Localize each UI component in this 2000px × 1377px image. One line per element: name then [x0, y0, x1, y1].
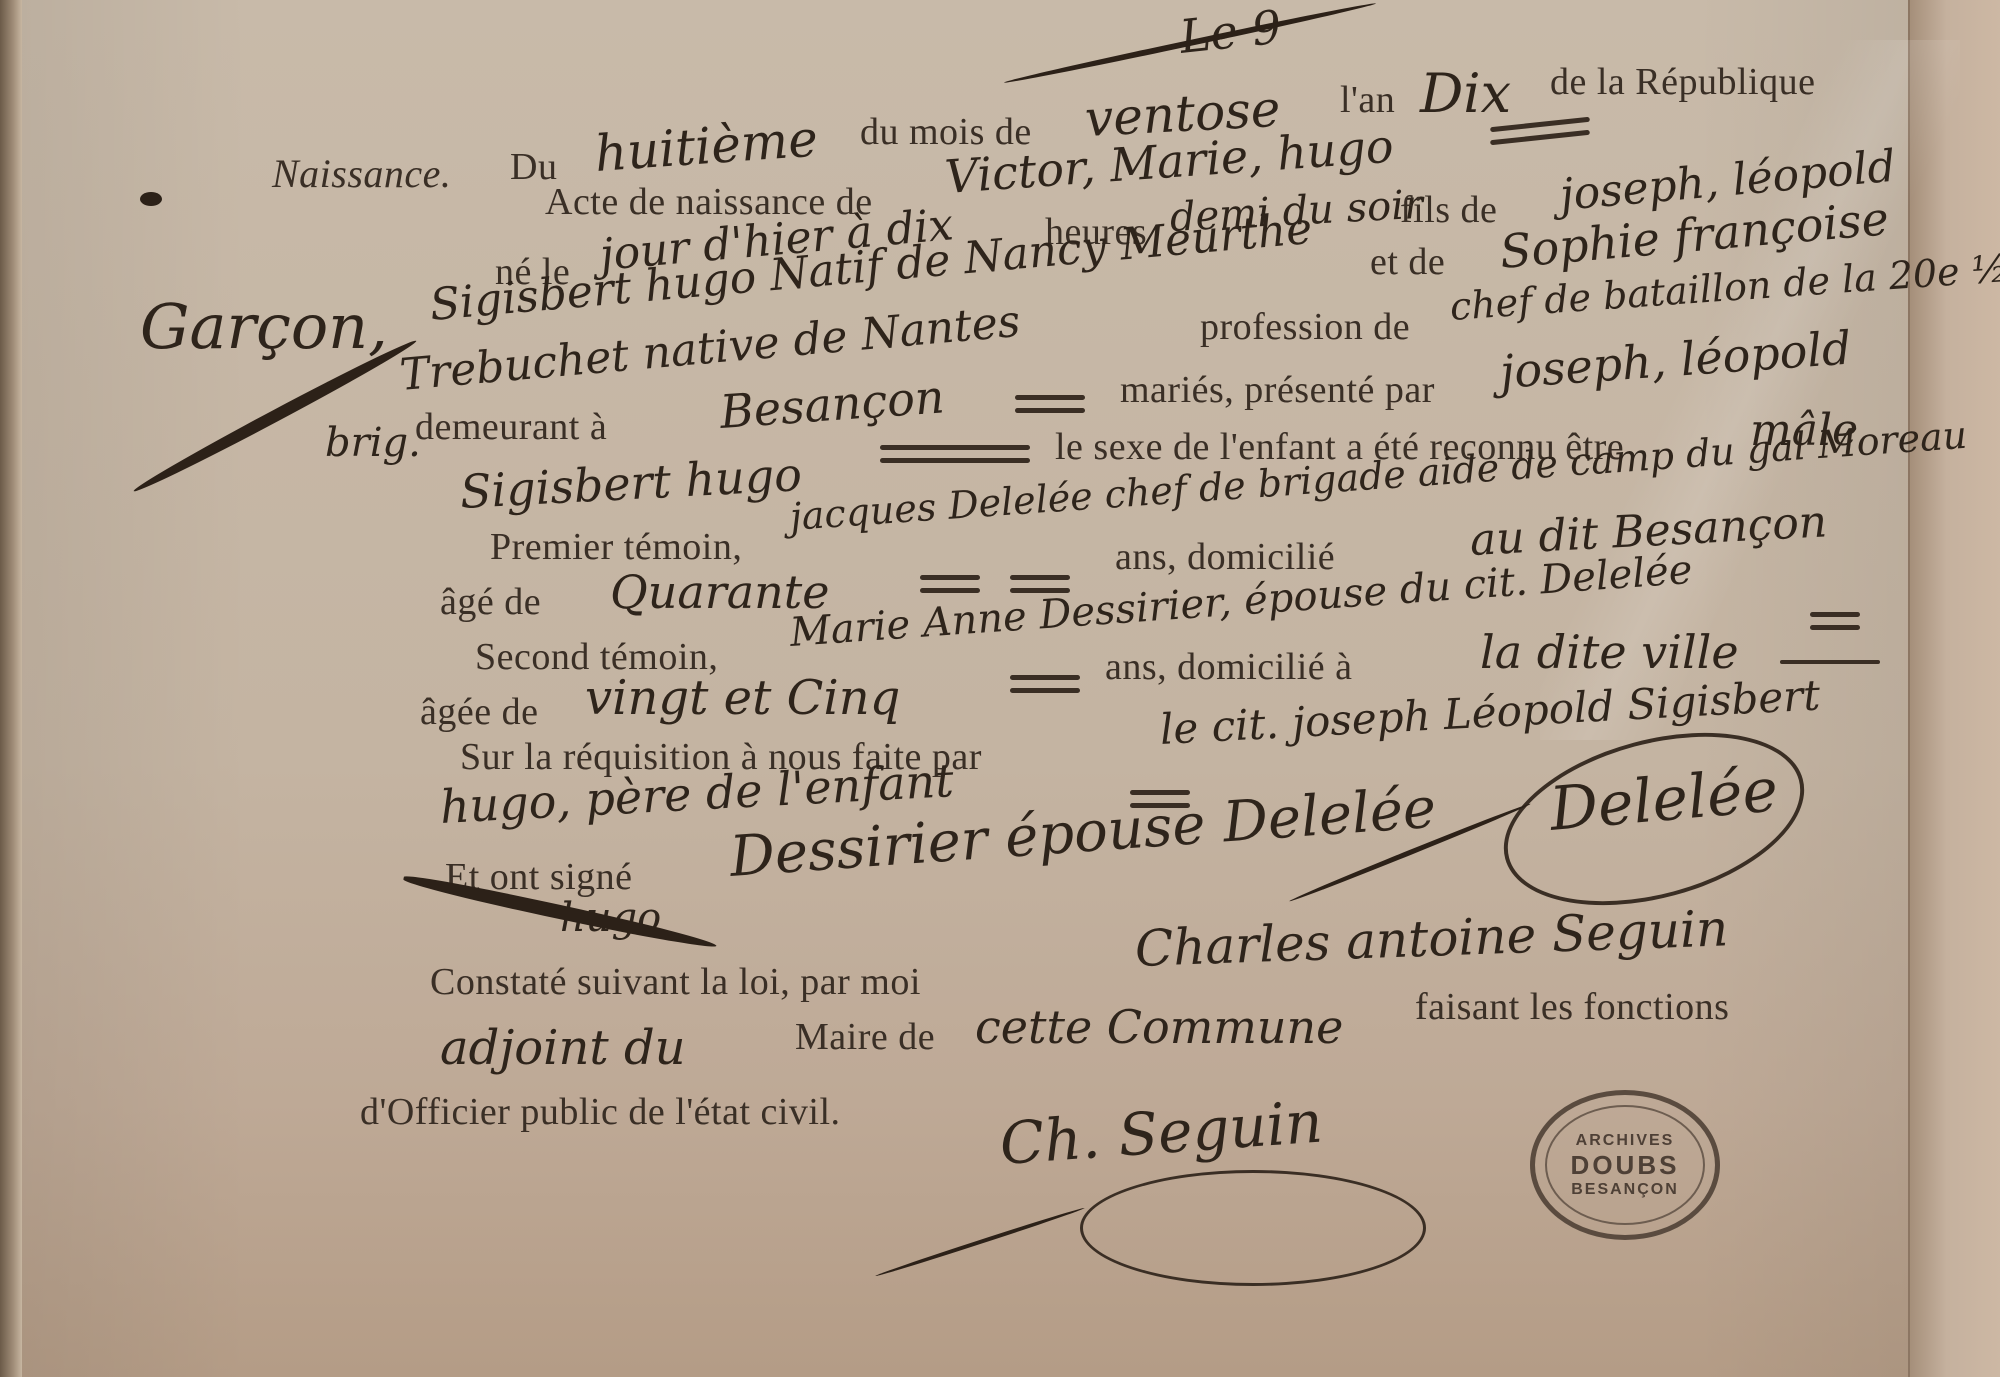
margin-sex-note: Garçon, [140, 290, 388, 363]
printed-et-de: et de [1370, 240, 1445, 284]
printed-lan: l'an [1340, 78, 1395, 122]
printed-ans-domicilie-a: ans, domicilié à [1105, 645, 1353, 689]
printed-constate: Constaté suivant la loi, par moi [430, 960, 921, 1004]
fill-rule [1010, 688, 1080, 693]
fill-rule [1810, 612, 1860, 617]
book-spine-edge [0, 0, 22, 1377]
printed-demeurant: demeurant à [415, 405, 607, 449]
printed-profession: profession de [1200, 305, 1410, 349]
printed-ans-domicilie: ans, domicilié [1115, 535, 1335, 579]
printed-republique: de la République [1550, 60, 1815, 104]
margin-mark [140, 192, 162, 206]
hw-second-witness-age: vingt et Cinq [585, 670, 900, 726]
printed-premier-temoin: Premier témoin, [490, 525, 742, 569]
fill-rule [1010, 575, 1070, 580]
fill-rule [1810, 625, 1860, 630]
hw-commune: cette Commune [975, 1000, 1343, 1054]
fill-rule [1015, 408, 1085, 413]
adjacent-page-edge [1908, 0, 2000, 1377]
printed-maries-presente: mariés, présenté par [1120, 368, 1435, 412]
fill-rule [1010, 675, 1080, 680]
fill-rule [920, 588, 980, 593]
printed-age-de: âgé de [440, 580, 541, 624]
printed-fils-de: fils de [1400, 188, 1497, 232]
hw-adjoint: adjoint du [440, 1020, 686, 1076]
archive-stamp: ARCHIVES DOUBS BESANÇON [1530, 1090, 1720, 1240]
stamp-inner-ring [1545, 1105, 1705, 1225]
signature-seguin-paraph [1080, 1170, 1426, 1286]
hw-second-witness-domicile: la dite ville [1480, 625, 1739, 679]
printed-maire-de: Maire de [795, 1015, 935, 1059]
printed-faisant-fonctions: faisant les fonctions [1415, 985, 1729, 1029]
printed-officier-public: d'Officier public de l'état civil. [360, 1090, 841, 1134]
hw-year: Dix [1420, 62, 1511, 125]
fill-rule [920, 575, 980, 580]
fill-rule [1780, 660, 1880, 664]
printed-agee-de: âgée de [420, 690, 538, 734]
fill-rule [880, 458, 1030, 463]
margin-heading: Naissance. [272, 150, 451, 197]
hw-brigade: brig. [325, 420, 421, 466]
fill-rule [1015, 395, 1085, 400]
fill-rule [880, 445, 1030, 450]
